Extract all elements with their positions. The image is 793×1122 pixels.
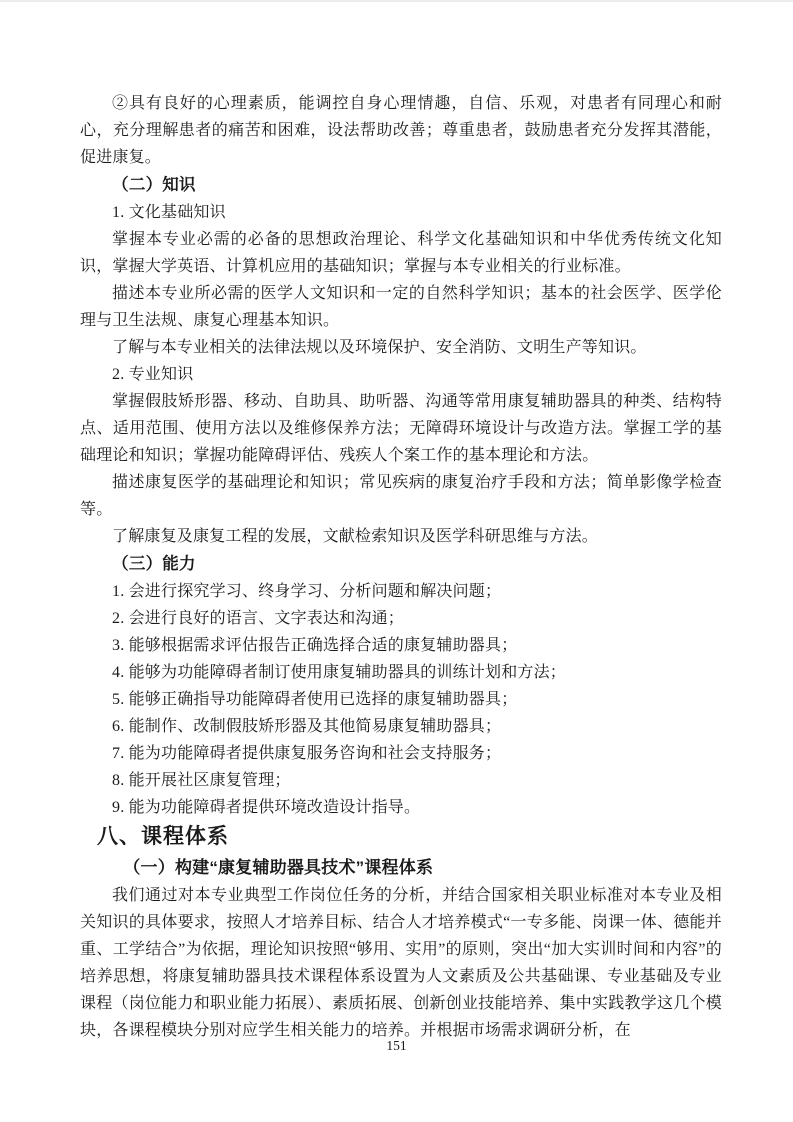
paragraph: 了解康复及康复工程的发展，文献检索知识及医学科研思维与方法。	[80, 523, 722, 550]
section-heading: （三）能力	[80, 550, 722, 578]
page-content: ②具有良好的心理素质，能调控自身心理情趣，自信、乐观，对患者有同理心和耐心，充分…	[80, 90, 722, 1044]
chapter-heading: 八、课程体系	[80, 821, 722, 853]
paragraph: 了解与本专业相关的法律法规以及环境保护、安全消防、文明生产等知识。	[80, 334, 722, 361]
list-item: 7. 能为功能障碍者提供康复服务咨询和社会支持服务；	[80, 740, 722, 767]
list-item: 6. 能制作、改制假肢矫形器及其他简易康复辅助器具；	[80, 713, 722, 740]
list-item: 2. 会进行良好的语言、文字表达和沟通；	[80, 605, 722, 632]
section-heading: （二）知识	[80, 171, 722, 199]
document-page: ②具有良好的心理素质，能调控自身心理情趣，自信、乐观，对患者有同理心和耐心，充分…	[0, 0, 793, 1122]
list-item: 4. 能够为功能障碍者制订使用康复辅助器具的训练计划和方法；	[80, 659, 722, 686]
list-item: 5. 能够正确指导功能障碍者使用已选择的康复辅助器具；	[80, 686, 722, 713]
list-item: 9. 能为功能障碍者提供环境改造设计指导。	[80, 794, 722, 821]
list-item: 2. 专业知识	[80, 361, 722, 388]
paragraph: 描述康复医学的基础理论和知识；常见疾病的康复治疗手段和方法；简单影像学检查等。	[80, 469, 722, 523]
list-item: 8. 能开展社区康复管理；	[80, 767, 722, 794]
paragraph: 掌握假肢矫形器、移动、自助具、助听器、沟通等常用康复辅助器具的种类、结构特点、适…	[80, 388, 722, 469]
paragraph: 掌握本专业必需的必备的思想政治理论、科学文化基础知识和中华优秀传统文化知识，掌握…	[80, 226, 722, 280]
list-item: 1. 会进行探究学习、终身学习、分析问题和解决问题；	[80, 578, 722, 605]
subsection-heading: （一）构建“康复辅助器具技术”课程体系	[80, 853, 722, 882]
paragraph: ②具有良好的心理素质，能调控自身心理情趣，自信、乐观，对患者有同理心和耐心，充分…	[80, 90, 722, 171]
page-number: 151	[0, 1038, 793, 1054]
paragraph: 描述本专业所必需的医学人文知识和一定的自然科学知识；基本的社会医学、医学伦理与卫…	[80, 280, 722, 334]
list-item: 1. 文化基础知识	[80, 199, 722, 226]
list-item: 3. 能够根据需求评估报告正确选择合适的康复辅助器具；	[80, 632, 722, 659]
paragraph: 我们通过对本专业典型工作岗位任务的分析，并结合国家相关职业标准对本专业及相关知识…	[80, 882, 722, 1044]
